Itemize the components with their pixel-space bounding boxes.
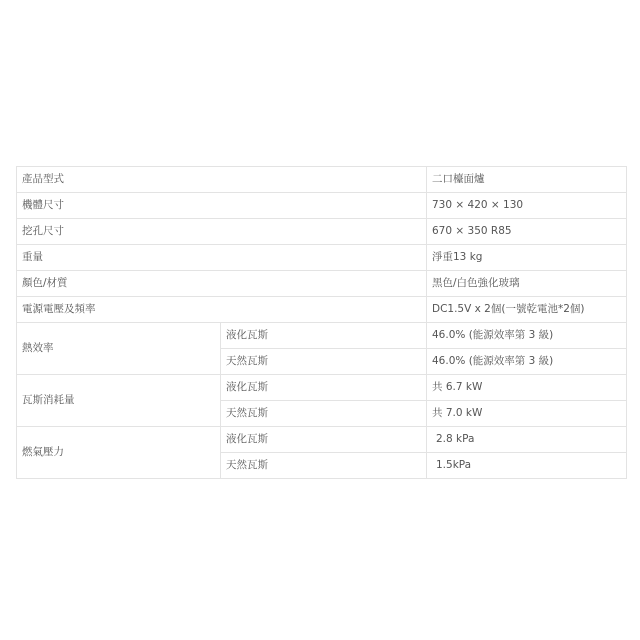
- row-value: 淨重13 kg: [427, 245, 627, 271]
- gas-type-label: 天然瓦斯: [221, 401, 427, 427]
- gas-type-label: 液化瓦斯: [221, 375, 427, 401]
- row-value: 1.5kPa: [427, 453, 627, 479]
- page: 產品型式 二口檯面爐 機體尺寸 730 × 420 × 130 挖孔尺寸 670…: [0, 0, 640, 640]
- gas-type-label: 液化瓦斯: [221, 427, 427, 453]
- table-row-cutout-size: 挖孔尺寸 670 × 350 R85: [17, 219, 627, 245]
- group-label: 瓦斯消耗量: [17, 375, 221, 427]
- group-label: 熱效率: [17, 323, 221, 375]
- row-value: 黑色/白色強化玻璃: [427, 271, 627, 297]
- table-row-weight: 重量 淨重13 kg: [17, 245, 627, 271]
- row-label: 產品型式: [17, 167, 427, 193]
- row-value: 共 6.7 kW: [427, 375, 627, 401]
- gas-type-label: 天然瓦斯: [221, 453, 427, 479]
- table-row-gas-pressure-lpg: 燃氣壓力 液化瓦斯 2.8 kPa: [17, 427, 627, 453]
- row-label: 電源電壓及頻率: [17, 297, 427, 323]
- row-value: DC1.5V x 2個(一號乾電池*2個): [427, 297, 627, 323]
- row-value: 2.8 kPa: [427, 427, 627, 453]
- row-value: 670 × 350 R85: [427, 219, 627, 245]
- table-row-power: 電源電壓及頻率 DC1.5V x 2個(一號乾電池*2個): [17, 297, 627, 323]
- row-value: 46.0% (能源效率第 3 級): [427, 349, 627, 375]
- row-label: 重量: [17, 245, 427, 271]
- row-label: 挖孔尺寸: [17, 219, 427, 245]
- table-row-gas-consumption-lpg: 瓦斯消耗量 液化瓦斯 共 6.7 kW: [17, 375, 627, 401]
- row-label: 顏色/材質: [17, 271, 427, 297]
- gas-type-label: 天然瓦斯: [221, 349, 427, 375]
- table-row-color-material: 顏色/材質 黑色/白色強化玻璃: [17, 271, 627, 297]
- group-label: 燃氣壓力: [17, 427, 221, 479]
- row-value: 730 × 420 × 130: [427, 193, 627, 219]
- row-value: 二口檯面爐: [427, 167, 627, 193]
- spec-table: 產品型式 二口檯面爐 機體尺寸 730 × 420 × 130 挖孔尺寸 670…: [16, 166, 627, 479]
- row-value: 共 7.0 kW: [427, 401, 627, 427]
- table-row-thermal-efficiency-lpg: 熱效率 液化瓦斯 46.0% (能源效率第 3 級): [17, 323, 627, 349]
- row-value: 46.0% (能源效率第 3 級): [427, 323, 627, 349]
- gas-type-label: 液化瓦斯: [221, 323, 427, 349]
- table-row-product-type: 產品型式 二口檯面爐: [17, 167, 627, 193]
- table-row-body-size: 機體尺寸 730 × 420 × 130: [17, 193, 627, 219]
- row-label: 機體尺寸: [17, 193, 427, 219]
